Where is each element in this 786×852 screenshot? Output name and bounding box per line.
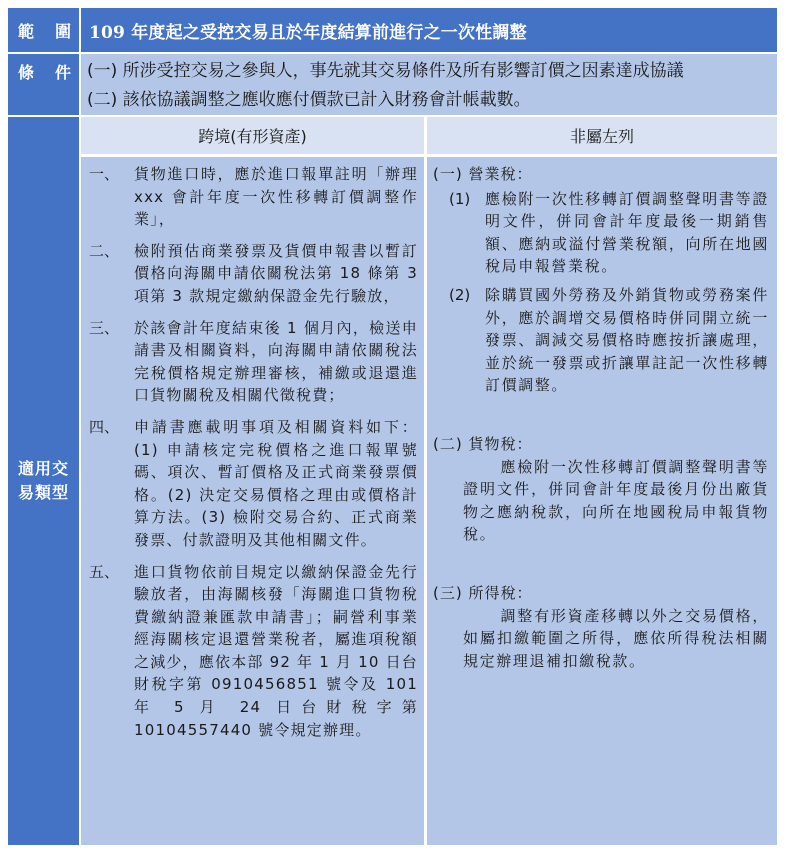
- step-number: 五、: [81, 561, 134, 742]
- customs-step-2: 二、 檢附預估商業發票及貨價申報書以暫訂價格向海關申請依關稅法第 18 條第 3…: [81, 240, 424, 308]
- conditions-label: 條 件: [8, 54, 79, 115]
- step-number: 二、: [81, 240, 134, 308]
- customs-step-3: 三、 於該會計年度結束後 1 個月內，檢送申請書及相關資料，向海關申請依關稅法完…: [81, 317, 424, 407]
- types-label-line-1: 適用交: [18, 457, 69, 481]
- sub-item-text: 應檢附一次性移轉訂價調整聲明書等證明文件，併同會計年度最後一期銷售額、應納或溢付…: [485, 188, 777, 278]
- scope-label: 範 圍: [8, 8, 79, 52]
- step-text: 進口貨物依前目規定以繳納保證金先行驗放者，由海關核發「海關進口貨物稅費繳納證兼匯…: [134, 561, 424, 742]
- step-number: 四、: [81, 416, 134, 552]
- types-label: 適用交 易類型: [8, 117, 79, 845]
- customs-step-4: 四、 申請書應載明事項及相關資料如下：(1) 申請核定完稅價格之進口報單號碼、項…: [81, 416, 424, 552]
- sub-item-number: (2): [449, 284, 485, 397]
- section-heading: (三) 所得稅：: [427, 582, 777, 605]
- section-paragraph: 應檢附一次性移轉訂價調整聲明書等證明文件，併同會計年度最後月份出廠貨物之應納稅款…: [427, 456, 777, 546]
- customs-step-5: 五、 進口貨物依前目規定以繳納保證金先行驗放者，由海關核發「海關進口貨物稅費繳納…: [81, 561, 424, 742]
- scope-label-char-2: 圍: [55, 19, 71, 42]
- step-text: 申請書應載明事項及相關資料如下：(1) 申請核定完稅價格之進口報單號碼、項次、暫…: [134, 416, 424, 552]
- scope-label-char-1: 範: [18, 19, 34, 42]
- section-paragraph: 調整有形資產移轉以外之交易價格，如屬扣繳範圍之所得，應依所得稅法相關規定辦理退補…: [427, 605, 777, 673]
- conditions-label-char-1: 條: [18, 60, 34, 83]
- condition-item-2: (二) 該依協議調整之應收應付價款已計入財務會計帳載數。: [87, 86, 777, 115]
- income-tax-section: (三) 所得稅： 調整有形資產移轉以外之交易價格，如屬扣繳範圍之所得，應依所得稅…: [427, 582, 777, 672]
- right-column-header: 非屬左列: [427, 117, 777, 154]
- sub-item-text: 除購買國外勞務及外銷貨物或勞務案件外，應於調增交易價格時併同開立統一發票、調減交…: [485, 284, 777, 397]
- business-tax-item-2: (2) 除購買國外勞務及外銷貨物或勞務案件外，應於調增交易價格時併同開立統一發票…: [427, 284, 777, 397]
- step-number: 三、: [81, 317, 134, 407]
- right-column-body: (一) 營業稅： (1) 應檢附一次性移轉訂價調整聲明書等證明文件，併同會計年度…: [427, 157, 777, 845]
- step-text: 於該會計年度結束後 1 個月內，檢送申請書及相關資料，向海關申請依關稅法完稅價格…: [134, 317, 424, 407]
- customs-step-1: 一、 貨物進口時，應於進口報單註明「辦理 xxx 會計年度一次性移轉訂價調整作業…: [81, 163, 424, 231]
- business-tax-section: (一) 營業稅： (1) 應檢附一次性移轉訂價調整聲明書等證明文件，併同會計年度…: [427, 163, 777, 397]
- conditions-label-char-2: 件: [55, 60, 71, 83]
- section-heading: (一) 營業稅：: [427, 163, 777, 186]
- conditions-content: (一) 所涉受控交易之參與人，事先就其交易條件及所有影響訂價之因素達成協議 (二…: [81, 54, 777, 115]
- left-column-body: 一、 貨物進口時，應於進口報單註明「辦理 xxx 會計年度一次性移轉訂價調整作業…: [81, 157, 424, 845]
- condition-item-1: (一) 所涉受控交易之參與人，事先就其交易條件及所有影響訂價之因素達成協議: [87, 57, 777, 86]
- types-label-line-2: 易類型: [18, 481, 69, 505]
- step-text: 貨物進口時，應於進口報單註明「辦理 xxx 會計年度一次性移轉訂價調整作業」，: [134, 163, 424, 231]
- scope-title: 109 年度起之受控交易且於年度結算前進行之一次性調整: [81, 8, 777, 52]
- sub-item-number: (1): [449, 188, 485, 278]
- left-column-header: 跨境(有形資產): [81, 117, 424, 154]
- section-heading: (二) 貨物稅：: [427, 433, 777, 456]
- step-number: 一、: [81, 163, 134, 231]
- commodity-tax-section: (二) 貨物稅： 應檢附一次性移轉訂價調整聲明書等證明文件，併同會計年度最後月份…: [427, 433, 777, 546]
- business-tax-item-1: (1) 應檢附一次性移轉訂價調整聲明書等證明文件，併同會計年度最後一期銷售額、應…: [427, 188, 777, 278]
- step-text: 檢附預估商業發票及貨價申報書以暫訂價格向海關申請依關稅法第 18 條第 3 項第…: [134, 240, 424, 308]
